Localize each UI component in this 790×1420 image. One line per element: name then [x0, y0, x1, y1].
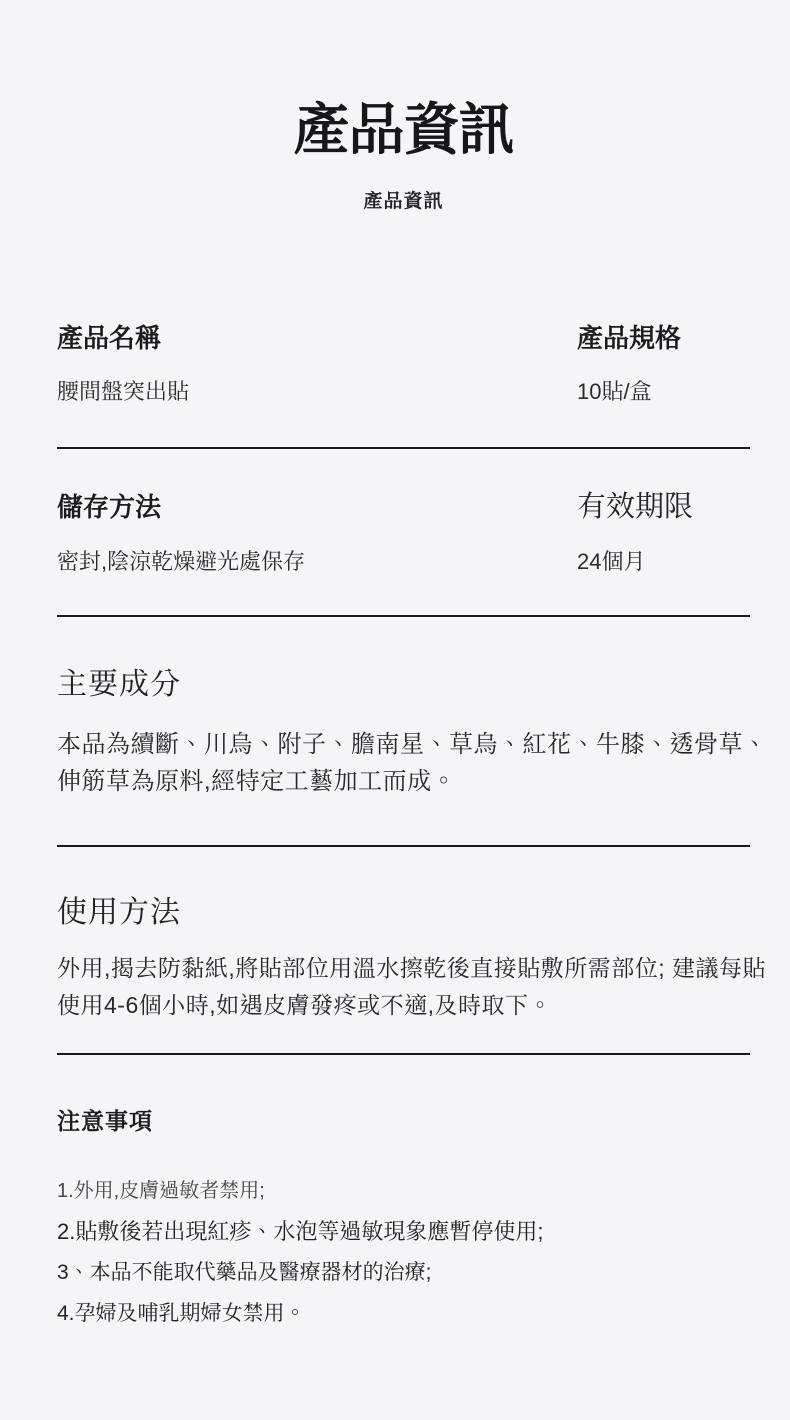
usage-body: 外用,揭去防黏紙,將貼部位用溫水擦乾後直接貼敷所需部位; 建議每貼 使用4-6個… — [57, 950, 750, 1024]
section-main-ingredients: 主要成分 本品為續斷、川烏、附子、膽南星、草烏、紅花、牛膝、透骨草、 伸筋草為原… — [57, 665, 750, 800]
precaution-item: 4.孕婦及哺乳期婦女禁用。 — [57, 1299, 750, 1329]
divider — [57, 1053, 750, 1055]
precaution-item: 1.外用,皮膚過敏者禁用; — [57, 1176, 750, 1206]
product-name-label: 產品名稱 — [57, 322, 577, 356]
precaution-item: 3、本品不能取代藥品及醫療器材的治療; — [57, 1258, 750, 1288]
body-line: 外用,揭去防黏紙,將貼部位用溫水擦乾後直接貼敷所需部位; 建議每貼 — [57, 950, 750, 987]
page-content: 產品資訊 產品資訊 產品名稱 產品規格 腰間盤突出貼 10貼/盒 儲存方法 有效… — [0, 98, 790, 1329]
spec-row-storage-labels: 儲存方法 有效期限 — [57, 489, 750, 527]
page-subtitle: 產品資訊 — [57, 186, 750, 213]
usage-heading: 使用方法 — [57, 893, 750, 932]
main-ingredients-heading: 主要成分 — [57, 665, 750, 704]
expiry-value: 24個月 — [577, 548, 750, 577]
divider — [57, 615, 750, 617]
precautions-heading: 注意事項 — [57, 1106, 750, 1136]
body-line: 本品為續斷、川烏、附子、膽南星、草烏、紅花、牛膝、透骨草、 — [57, 726, 750, 763]
section-precautions: 注意事項 1.外用,皮膚過敏者禁用; 2.貼敷後若出現紅疹、水泡等過敏現象應暫停… — [57, 1106, 750, 1329]
divider — [57, 845, 750, 847]
precautions-list: 1.外用,皮膚過敏者禁用; 2.貼敷後若出現紅疹、水泡等過敏現象應暫停使用; 3… — [57, 1176, 750, 1329]
storage-method-value: 密封,陰涼乾燥避光處保存 — [57, 548, 577, 577]
spec-row-product: 產品名稱 產品規格 腰間盤突出貼 10貼/盒 — [57, 322, 750, 406]
product-name-value: 腰間盤突出貼 — [57, 378, 577, 407]
expiry-label: 有效期限 — [577, 489, 750, 527]
storage-method-label: 儲存方法 — [57, 491, 577, 525]
section-usage: 使用方法 外用,揭去防黏紙,將貼部位用溫水擦乾後直接貼敷所需部位; 建議每貼 使… — [57, 893, 750, 1024]
body-line: 伸筋草為原料,經特定工藝加工而成。 — [57, 763, 750, 800]
product-spec-label: 產品規格 — [577, 322, 750, 356]
divider — [57, 447, 750, 449]
spec-row-storage-values: 密封,陰涼乾燥避光處保存 24個月 — [57, 548, 750, 577]
page-title: 產品資訊 — [57, 98, 750, 162]
main-ingredients-body: 本品為續斷、川烏、附子、膽南星、草烏、紅花、牛膝、透骨草、 伸筋草為原料,經特定… — [57, 726, 750, 800]
spec-row-product-labels: 產品名稱 產品規格 — [57, 322, 750, 356]
spec-row-product-values: 腰間盤突出貼 10貼/盒 — [57, 378, 750, 407]
product-spec-value: 10貼/盒 — [577, 378, 750, 407]
product-info-page: 產品資訊 產品資訊 產品名稱 產品規格 腰間盤突出貼 10貼/盒 儲存方法 有效… — [0, 0, 790, 1420]
spec-row-storage: 儲存方法 有效期限 密封,陰涼乾燥避光處保存 24個月 — [57, 489, 750, 577]
precaution-item: 2.貼敷後若出現紅疹、水泡等過敏現象應暫停使用; — [57, 1217, 750, 1247]
body-line: 使用4-6個小時,如遇皮膚發疼或不適,及時取下。 — [57, 987, 750, 1024]
